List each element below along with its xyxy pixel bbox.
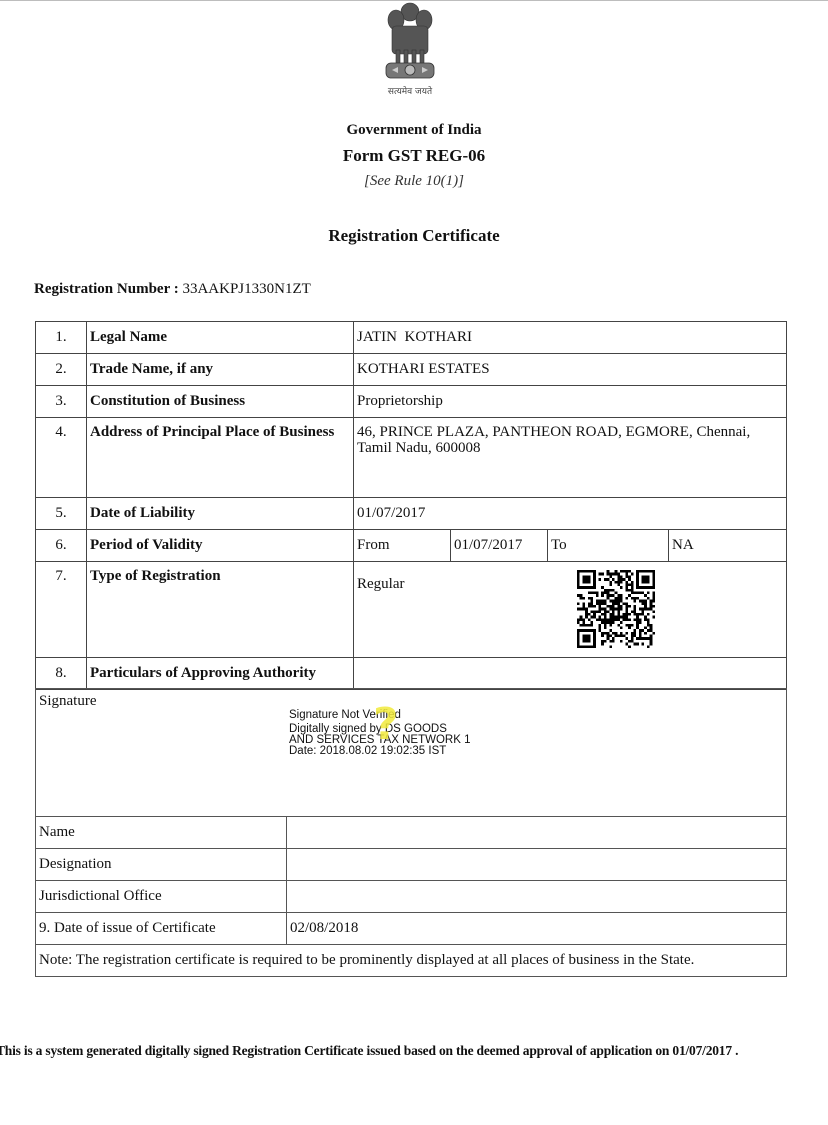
table-row: 1. Legal Name JATIN KOTHARI — [36, 322, 787, 354]
row-label: Designation — [36, 849, 287, 881]
row-label: Period of Validity — [87, 530, 354, 562]
validity-from-value: 01/07/2017 — [451, 530, 548, 562]
table-row: 6. Period of Validity From 01/07/2017 To… — [36, 530, 787, 562]
table-row: 8. Particulars of Approving Authority — [36, 658, 787, 690]
table-row: 9. Date of issue of Certificate 02/08/20… — [36, 913, 787, 945]
row-number: 1. — [36, 322, 87, 354]
issue-date-value: 02/08/2018 — [287, 913, 787, 945]
approving-authority-value — [354, 658, 787, 690]
signature-label: Signature — [39, 693, 97, 709]
table-row: 7. Type of Registration Regular — [36, 562, 787, 658]
row-number: 4. — [36, 418, 87, 498]
registration-number: Registration Number : 33AAKPJ1330N1ZT — [34, 281, 311, 298]
row-number: 8. — [36, 658, 87, 690]
address-value: 46, PRINCE PLAZA, PANTHEON ROAD, EGMORE,… — [354, 418, 787, 498]
page-title: Registration Certificate — [0, 226, 828, 246]
form-title: Form GST REG-06 — [0, 146, 828, 166]
row-label: Trade Name, if any — [87, 354, 354, 386]
legal-name-value: JATIN KOTHARI — [354, 322, 787, 354]
row-label: 9. Date of issue of Certificate — [36, 913, 287, 945]
row-label: Name — [36, 817, 287, 849]
validity-to-value: NA — [669, 530, 787, 562]
validity-from-label: From — [354, 530, 451, 562]
constitution-value: Proprietorship — [354, 386, 787, 418]
jurisdictional-office-value — [287, 881, 787, 913]
registration-number-label: Registration Number : — [34, 281, 179, 297]
authority-table: Signature Signature Not Verified Digital… — [35, 688, 787, 977]
question-mark-icon[interactable]: ? — [373, 703, 399, 747]
row-number: 5. — [36, 498, 87, 530]
table-row: Designation — [36, 849, 787, 881]
registration-number-value: 33AAKPJ1330N1ZT — [182, 281, 310, 297]
row-label: Type of Registration — [87, 562, 354, 658]
designation-value — [287, 849, 787, 881]
row-label: Date of Liability — [87, 498, 354, 530]
registration-details-table: 1. Legal Name JATIN KOTHARI 2. Trade Nam… — [35, 321, 787, 690]
row-label: Address of Principal Place of Business — [87, 418, 354, 498]
note-row: Note: The registration certificate is re… — [36, 945, 787, 977]
display-note: Note: The registration certificate is re… — [36, 945, 787, 977]
row-number: 7. — [36, 562, 87, 658]
emblem-motto: सत्यमेव जयते — [370, 84, 450, 97]
row-label: Particulars of Approving Authority — [87, 658, 354, 690]
row-label: Constitution of Business — [87, 386, 354, 418]
table-row: 5. Date of Liability 01/07/2017 — [36, 498, 787, 530]
date-of-liability-value: 01/07/2017 — [354, 498, 787, 530]
table-row: 3. Constitution of Business Proprietorsh… — [36, 386, 787, 418]
system-generated-footer: This is a system generated digitally sig… — [0, 1043, 828, 1059]
signature-cell: Signature Signature Not Verified Digital… — [36, 689, 787, 817]
table-row: 2. Trade Name, if any KOTHARI ESTATES — [36, 354, 787, 386]
table-row: Jurisdictional Office — [36, 881, 787, 913]
table-row: Name — [36, 817, 787, 849]
row-number: 6. — [36, 530, 87, 562]
qr-code-icon — [576, 570, 656, 648]
government-heading: Government of India — [0, 122, 828, 139]
name-value — [287, 817, 787, 849]
rule-reference: [See Rule 10(1)] — [0, 173, 828, 190]
national-emblem-icon — [378, 0, 442, 84]
table-row: 4. Address of Principal Place of Busines… — [36, 418, 787, 498]
row-number: 3. — [36, 386, 87, 418]
signature-row: Signature Signature Not Verified Digital… — [36, 689, 787, 817]
trade-name-value: KOTHARI ESTATES — [354, 354, 787, 386]
registration-type-value: Regular — [354, 562, 787, 658]
row-label: Legal Name — [87, 322, 354, 354]
row-number: 2. — [36, 354, 87, 386]
row-label: Jurisdictional Office — [36, 881, 287, 913]
validity-to-label: To — [548, 530, 669, 562]
